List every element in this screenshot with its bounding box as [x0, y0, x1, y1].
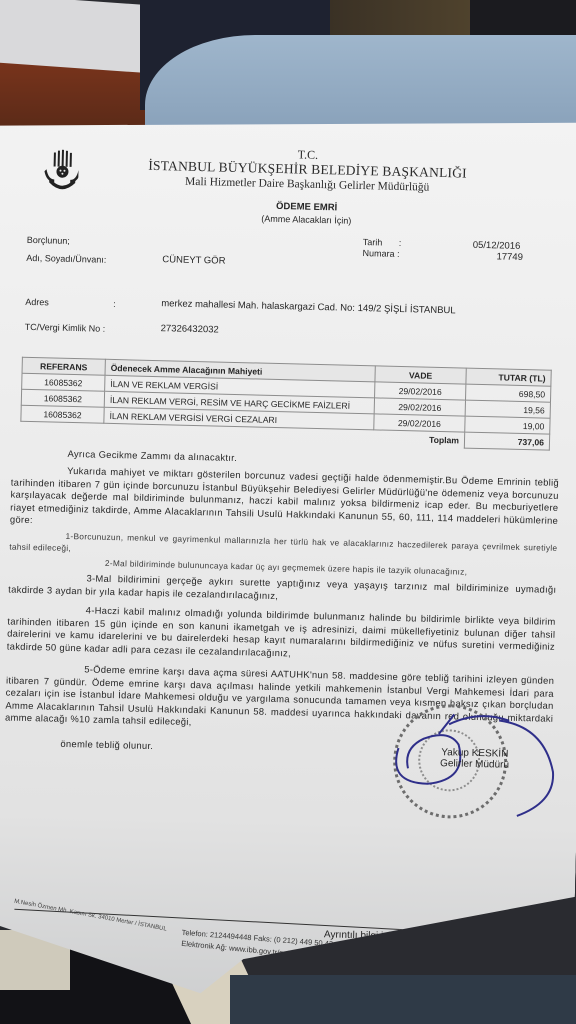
- total-label: Toplam: [373, 430, 464, 448]
- tax-id-label: TC/Vergi Kimlik No :: [25, 322, 106, 334]
- signer-title: Gelirler Müdürü: [440, 758, 509, 771]
- address-separator: :: [113, 299, 116, 309]
- date-label: Tarih: [363, 237, 383, 247]
- total-value: 737,06: [464, 432, 549, 450]
- date-value: 05/12/2016: [473, 240, 521, 252]
- background-white-cloth: [0, 0, 150, 73]
- debt-table: REFERANS Ödenecek Amme Alacağının Mahiye…: [20, 357, 552, 451]
- footer-contact: Ayrıntılı bilgi için irtibat: Hatice TUN…: [324, 929, 494, 944]
- debtor-name: CÜNEYT GÖR: [162, 254, 225, 267]
- background-denim: [230, 975, 576, 1024]
- date-separator: :: [399, 238, 402, 248]
- item-4-text: 4-Haczi kabil malınız olmadığı yolunda b…: [7, 604, 556, 658]
- signer-block: Yakup KESKİN Gelirler Müdürü: [440, 747, 509, 771]
- tax-id-value: 27326432032: [161, 323, 219, 335]
- address-label: Adres: [25, 297, 49, 308]
- number-label: Numara :: [362, 248, 399, 259]
- intro-text: Yukarıda mahiyet ve miktarı gösterilen b…: [10, 465, 559, 526]
- debtor-section-label: Borçlunun;: [27, 235, 70, 246]
- payment-order-document: T.C. İSTANBUL BÜYÜKŞEHİR BELEDİYE BAŞKAN…: [0, 108, 576, 1002]
- debtor-name-label: Adı, Soyadı/Ünvanı:: [26, 253, 106, 265]
- item-4: 4-Haczi kabil malınız olmadığı yolunda b…: [7, 602, 556, 665]
- late-fee-note-text: Ayrıca Gecikme Zammı da alınacaktır.: [67, 448, 237, 463]
- address-value: merkez mahallesi Mah. halaskargazi Cad. …: [161, 298, 456, 316]
- closing-text: önemle tebliğ olunur.: [60, 738, 153, 751]
- number-value: 17749: [496, 251, 523, 263]
- intro-paragraph: Yukarıda mahiyet ve miktarı gösterilen b…: [10, 464, 559, 540]
- ibb-logo-icon: [44, 149, 79, 190]
